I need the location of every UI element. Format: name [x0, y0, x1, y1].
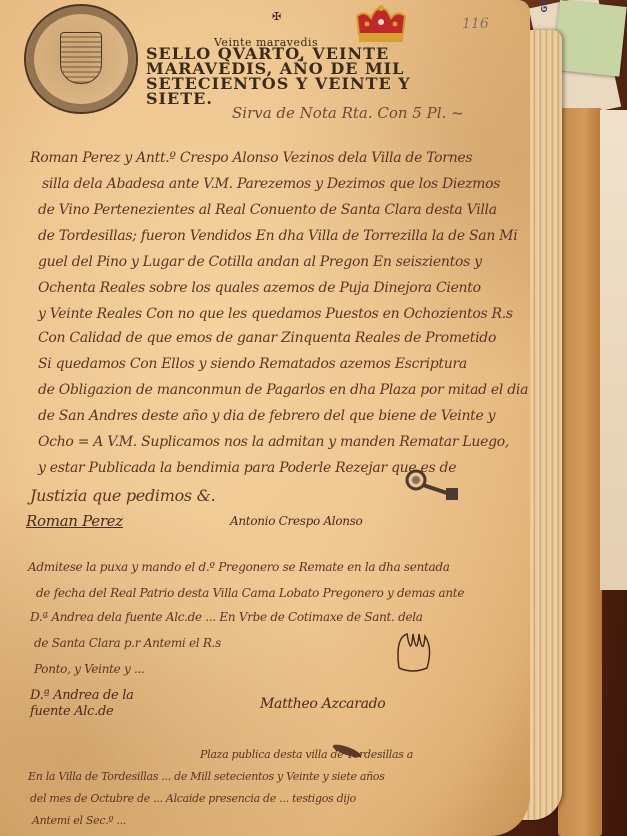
closing-line: En la Villa de Tordesillas ... de Mill s…	[28, 770, 385, 783]
green-paper-slip	[553, 0, 627, 77]
signature-roman-perez: Roman Perez	[26, 512, 123, 530]
royal-seal-icon	[24, 4, 138, 114]
manuscript-page: ✠ 116 Veinte maravedis SELLO QVARTO, VEI…	[0, 0, 530, 836]
body-line: de San Andres deste año y dia de febrero…	[38, 408, 495, 424]
folio-number: 116	[462, 16, 489, 32]
coat-of-arms-icon	[60, 32, 102, 84]
stamp-paper-header: SELLO QVARTO, VEINTE MARAVEDIS, AÑO DE M…	[146, 46, 446, 106]
body-line: y estar Publicada la bendimia para Poder…	[38, 460, 456, 476]
cross-mark-icon: ✠	[272, 10, 281, 23]
signature-mattheo-azcarado: Mattheo Azcarado	[260, 696, 385, 712]
closing-line: Antemi el Sec.º ...	[32, 814, 126, 827]
rubric-flourish-icon	[393, 628, 435, 674]
body-line: de Tordesillas; fueron Vendidos En dha V…	[38, 228, 517, 244]
body-line: de Obligazion de manconmun de Pagarlos e…	[38, 382, 528, 398]
decree-line: Ponto, y Veinte y ...	[34, 662, 145, 676]
decree-line: de fecha del Real Patrio desta Villa Cam…	[36, 586, 464, 600]
body-line: Roman Perez y Antt.º Crespo Alonso Vezin…	[30, 150, 472, 166]
body-line: guel del Pino y Lugar de Cotilla andan a…	[38, 254, 482, 270]
body-line: Con Calidad de que emos de ganar Zinquen…	[38, 330, 496, 346]
body-line: Ochenta Reales sobre los quales azemos d…	[38, 280, 481, 296]
crown-icon	[353, 4, 409, 48]
body-line: silla dela Abadesa ante V.M. Parezemos y…	[42, 176, 500, 192]
key-icon	[404, 468, 462, 502]
body-line: y Veinte Reales Con no que les quedamos …	[38, 306, 513, 322]
decree-line: de Santa Clara p.r Antemi el R.s	[34, 636, 221, 650]
decree-line: D.ª Andrea dela fuente Alc.de ... En Vrb…	[30, 610, 423, 624]
archive-label-text: GENERALE	[540, 0, 549, 12]
signature-andrea-fuente: D.ª Andrea de la fuente Alc.de	[30, 688, 140, 720]
body-line: Justizia que pedimos &.	[30, 486, 215, 505]
body-line: de Vino Pertenezientes al Real Conuento …	[38, 202, 497, 218]
stamp-annotation: Sirva de Nota Rta. Con 5 Pl. ~	[232, 104, 464, 122]
closing-line: Plaza publica desta villa de Tordesillas…	[200, 748, 413, 761]
tan-folder	[558, 108, 602, 836]
white-paper-edge	[600, 110, 627, 590]
body-line: Si quedamos Con Ellos y siendo Rematados…	[38, 356, 467, 372]
closing-line: del mes de Octubre de ... Alcaide presen…	[30, 792, 356, 805]
signature-antonio-crespo: Antonio Crespo Alonso	[230, 514, 363, 528]
body-line: Ocho = A V.M. Suplicamos nos la admitan …	[38, 434, 509, 450]
decree-line: Admitese la puxa y mando el d.º Pregoner…	[28, 560, 450, 574]
